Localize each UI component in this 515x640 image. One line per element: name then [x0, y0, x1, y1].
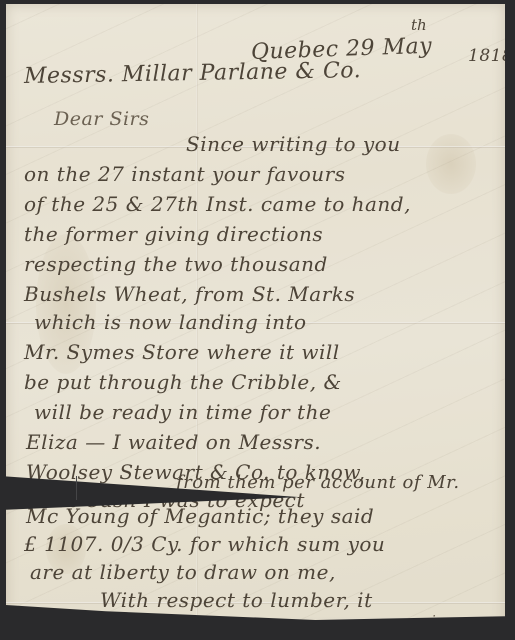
body-line: Since writing to you	[186, 132, 401, 156]
body-line: which is now landing into	[34, 310, 307, 334]
year: 1818	[468, 46, 513, 66]
body-line: Bushels Wheat, from St. Marks	[24, 282, 355, 306]
letter-paper: th Quebec 29 May 1818 Messrs. Millar Par…	[6, 4, 505, 630]
tear-edge	[76, 476, 77, 500]
body-line: respecting the two thousand	[24, 252, 328, 276]
body-line: of the 25 & 27th Inst. came to hand,	[24, 192, 411, 216]
greeting: Dear Sirs	[54, 108, 149, 130]
body-line: from them per account of Mr.	[176, 472, 460, 493]
body-line: on the 27 instant your favours	[24, 162, 345, 186]
body-line: Mc Young of Megantic; they said	[26, 504, 374, 528]
body-line: Mr. Symes Store where it will	[24, 340, 340, 364]
scanned-letter: th Quebec 29 May 1818 Messrs. Millar Par…	[0, 0, 515, 640]
body-line: be put through the Cribble, &	[24, 370, 342, 394]
body-line: Eliza — I waited on Messrs.	[26, 430, 321, 454]
body-line: the former giving directions	[24, 222, 323, 246]
body-line: will be ready in time for the	[34, 400, 331, 424]
body-line: are at liberty to draw on me,	[30, 560, 336, 584]
ordinal-mark: th	[411, 16, 427, 34]
paper-stain	[426, 134, 476, 194]
body-line: £ 1107. 0/3 Cy. for which sum you	[24, 532, 385, 556]
body-line: With respect to lumber, it	[100, 588, 373, 612]
addressee: Messrs. Millar Parlane & Co.	[24, 58, 362, 89]
catchword: is	[431, 612, 445, 630]
